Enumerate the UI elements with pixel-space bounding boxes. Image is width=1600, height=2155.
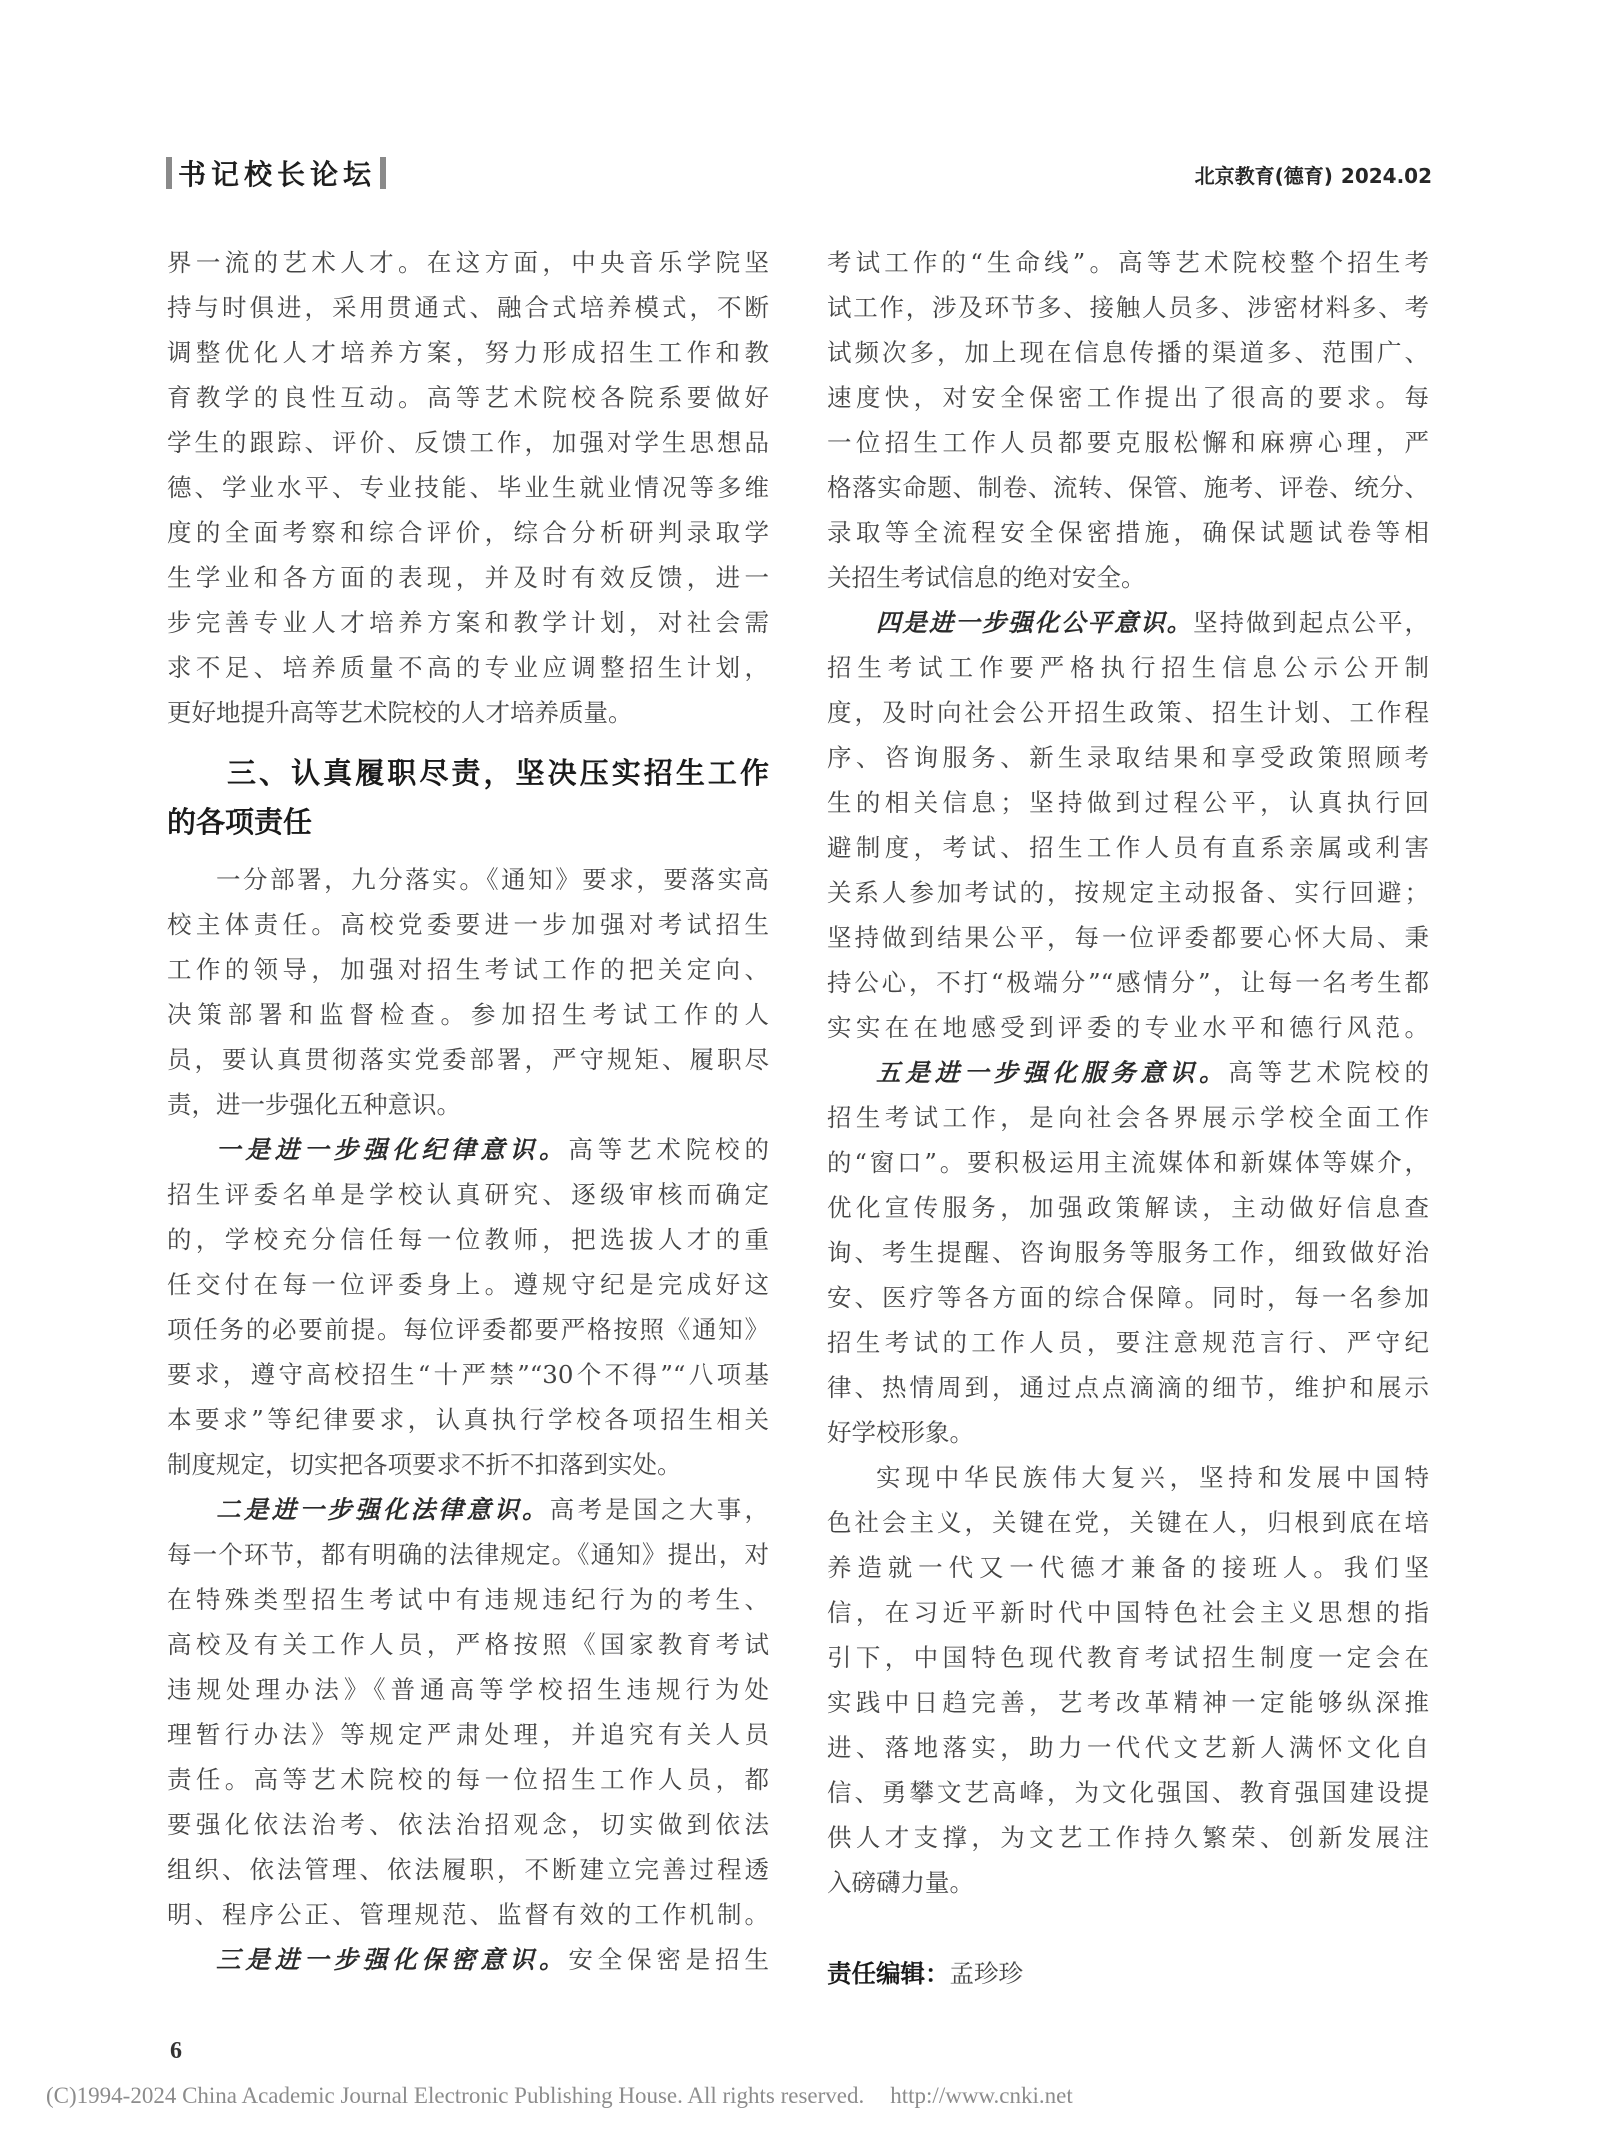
text-line: 责，进一步强化五种意识。: [167, 1082, 769, 1127]
text-line: 格落实命题、制卷、流转、保管、施考、评卷、统分、: [827, 465, 1429, 510]
text-line: 的，学校充分信任每一位教师，把选拔人才的重: [167, 1217, 769, 1262]
text-line: 校主体责任。高校党委要进一步加强对考试招生: [167, 902, 769, 947]
copyright-text: (C)1994-2024 China Academic Journal Elec…: [46, 2083, 864, 2108]
section-heading: 三、认真履职尽责，坚决压实招生工作 的各项责任: [167, 749, 769, 847]
text-line: 关系人参加考试的，按规定主动报备、实行回避；: [827, 870, 1429, 915]
text-line: 试频次多，加上现在信息传播的渠道多、范围广、: [827, 330, 1429, 375]
right-column: 考试工作的“生命线”。高等艺术院校整个招生考 试工作，涉及环节多、接触人员多、涉…: [827, 240, 1429, 1996]
lead-phrase: 三是进一步强化保密意识。: [216, 1945, 568, 1974]
paragraph-service: 五是进一步强化服务意识。高等艺术院校的 招生考试工作，是向社会各界展示学校全面工…: [827, 1050, 1429, 1455]
lead-phrase: 四是进一步强化公平意识。: [876, 608, 1193, 637]
lead-phrase: 一是进一步强化纪律意识。: [216, 1135, 568, 1164]
paragraph-law: 二是进一步强化法律意识。高考是国之大事， 每一个环节，都有明确的法律规定。《通知…: [167, 1487, 769, 1937]
text-line: 学生的跟踪、评价、反馈工作，加强对学生思想品: [167, 420, 769, 465]
text-line: 坚持做到结果公平，每一位评委都要心怀大局、秉: [827, 915, 1429, 960]
paragraph-confidentiality-cont: 考试工作的“生命线”。高等艺术院校整个招生考 试工作，涉及环节多、接触人员多、涉…: [827, 240, 1429, 600]
text-line: 育教学的良性互动。高等艺术院校各院系要做好: [167, 375, 769, 420]
text-line: 好学校形象。: [827, 1410, 1429, 1455]
text-line: 招生考试的工作人员，要注意规范言行、严守纪: [827, 1320, 1429, 1365]
text-span: 高等艺术院校的: [568, 1135, 769, 1164]
text-line: 每一个环节，都有明确的法律规定。《通知》提出，对: [167, 1532, 769, 1577]
text-line: 在特殊类型招生考试中有违规违纪行为的考生、: [167, 1577, 769, 1622]
page-number: 6: [170, 2038, 182, 2065]
text-line: 步完善专业人才培养方案和教学计划，对社会需: [167, 600, 769, 645]
text-line: 本要求”等纪律要求，认真执行学校各项招生相关: [167, 1397, 769, 1442]
paragraph-confidentiality-start: 三是进一步强化保密意识。安全保密是招生: [167, 1937, 769, 1982]
text-span: 安全保密是招生: [568, 1945, 769, 1974]
text-line: 的“窗口”。要积极运用主流媒体和新媒体等媒介，: [827, 1140, 1429, 1185]
text-line: 理暂行办法》等规定严肃处理，并追究有关人员: [167, 1712, 769, 1757]
text-line: 求不足、培养质量不高的专业应调整招生计划，: [167, 645, 769, 690]
text-line: 持与时俱进，采用贯通式、融合式培养模式，不断: [167, 285, 769, 330]
text-line: 四是进一步强化公平意识。坚持做到起点公平，: [827, 600, 1429, 645]
text-line: 关招生考试信息的绝对安全。: [827, 555, 1429, 600]
text-line: 生学业和各方面的表现，并及时有效反馈，进一: [167, 555, 769, 600]
text-line: 供人才支撑，为文艺工作持久繁荣、创新发展注: [827, 1815, 1429, 1860]
journal-name: 北京教育(德育): [1195, 164, 1333, 188]
text-line: 更好地提升高等艺术院校的人才培养质量。: [167, 690, 769, 735]
text-line: 度的全面考察和综合评价，综合分析研判录取学: [167, 510, 769, 555]
text-line: 色社会主义，关键在党，关键在人，归根到底在培: [827, 1500, 1429, 1545]
issue-date: 2024.02: [1341, 164, 1432, 188]
text-span: 坚持做到起点公平，: [1193, 608, 1429, 637]
text-line: 制度规定，切实把各项要求不折不扣落到实处。: [167, 1442, 769, 1487]
text-line: 考试工作的“生命线”。高等艺术院校整个招生考: [827, 240, 1429, 285]
text-line: 招生考试工作，是向社会各界展示学校全面工作: [827, 1095, 1429, 1140]
paragraph-talent-training: 界一流的艺术人才。在这方面，中央音乐学院坚 持与时俱进，采用贯通式、融合式培养模…: [167, 240, 769, 735]
text-line: 实实在在地感受到评委的专业水平和德行风范。: [827, 1005, 1429, 1050]
right-bar-decoration: [380, 157, 386, 189]
paragraph-fairness: 四是进一步强化公平意识。坚持做到起点公平， 招生考试工作要严格执行招生信息公示公…: [827, 600, 1429, 1050]
text-line: 一分部署，九分落实。《通知》要求，要落实高: [167, 857, 769, 902]
paragraph-conclusion: 实现中华民族伟大复兴，坚持和发展中国特 色社会主义，关键在党，关键在人，归根到底…: [827, 1455, 1429, 1905]
text-line: 招生考试工作要严格执行招生信息公示公开制: [827, 645, 1429, 690]
text-line: 进、落地落实，助力一代代文艺新人满怀文化自: [827, 1725, 1429, 1770]
text-line: 序、咨询服务、新生录取结果和享受政策照顾考: [827, 735, 1429, 780]
text-line: 工作的领导，加强对招生考试工作的把关定向、: [167, 947, 769, 992]
text-line: 员，要认真贯彻落实党委部署，严守规矩、履职尽: [167, 1037, 769, 1082]
text-line: 实践中日趋完善，艺考改革精神一定能够纵深推: [827, 1680, 1429, 1725]
text-line: 组织、依法管理、依法履职，不断建立完善过程透: [167, 1847, 769, 1892]
editor-name: 孟珍珍: [950, 1959, 1024, 1988]
text-line: 询、考生提醒、咨询服务等服务工作，细致做好治: [827, 1230, 1429, 1275]
text-line: 信、勇攀文艺高峰，为文化强国、教育强国建设提: [827, 1770, 1429, 1815]
text-line: 入磅礴力量。: [827, 1860, 1429, 1905]
text-line: 安、医疗等各方面的综合保障。同时，每一名参加: [827, 1275, 1429, 1320]
text-line: 生的相关信息；坚持做到过程公平，认真执行回: [827, 780, 1429, 825]
text-line: 要强化依法治考、依法治招观念，切实做到依法: [167, 1802, 769, 1847]
text-line: 度，及时向社会公开招生政策、招生计划、工作程: [827, 690, 1429, 735]
text-line: 三是进一步强化保密意识。安全保密是招生: [167, 1937, 769, 1982]
heading-line-1: 三、认真履职尽责，坚决压实招生工作: [167, 749, 769, 798]
text-line: 一是进一步强化纪律意识。高等艺术院校的: [167, 1127, 769, 1172]
text-line: 信，在习近平新时代中国特色社会主义思想的指: [827, 1590, 1429, 1635]
left-column: 界一流的艺术人才。在这方面，中央音乐学院坚 持与时俱进，采用贯通式、融合式培养模…: [167, 240, 769, 1982]
text-line: 避制度，考试、招生工作人员有直系亲属或利害: [827, 825, 1429, 870]
text-line: 二是进一步强化法律意识。高考是国之大事，: [167, 1487, 769, 1532]
text-line: 决策部署和监督检查。参加招生考试工作的人: [167, 992, 769, 1037]
text-line: 调整优化人才培养方案，努力形成招生工作和教: [167, 330, 769, 375]
heading-line-2: 的各项责任: [167, 798, 769, 847]
text-line: 招生评委名单是学校认真研究、逐级审核而确定: [167, 1172, 769, 1217]
text-line: 项任务的必要前提。每位评委都要严格按照《通知》: [167, 1307, 769, 1352]
text-line: 明、程序公正、管理规范、监督有效的工作机制。: [167, 1892, 769, 1937]
journal-header: 北京教育(德育)2024.02: [1195, 160, 1432, 189]
text-line: 录取等全流程安全保密措施，确保试题试卷等相: [827, 510, 1429, 555]
text-line: 养造就一代又一代德才兼备的接班人。我们坚: [827, 1545, 1429, 1590]
text-line: 任交付在每一位评委身上。遵规守纪是完成好这: [167, 1262, 769, 1307]
text-span: 高等艺术院校的: [1228, 1058, 1429, 1087]
responsible-editor: 责任编辑：孟珍珍: [827, 1951, 1429, 1996]
paragraph-discipline: 一是进一步强化纪律意识。高等艺术院校的 招生评委名单是学校认真研究、逐级审核而确…: [167, 1127, 769, 1487]
editor-label: 责任编辑：: [827, 1959, 950, 1988]
text-line: 高校及有关工作人员，严格按照《国家教育考试: [167, 1622, 769, 1667]
text-line: 一位招生工作人员都要克服松懈和麻痹心理，严: [827, 420, 1429, 465]
section-label: 书记校长论坛: [166, 155, 386, 191]
text-line: 引下，中国特色现代教育考试招生制度一定会在: [827, 1635, 1429, 1680]
copyright-notice: (C)1994-2024 China Academic Journal Elec…: [46, 2083, 1073, 2109]
text-line: 责任。高等艺术院校的每一位招生工作人员，都: [167, 1757, 769, 1802]
text-line: 持公心，不打“极端分”“感情分”，让每一名考生都: [827, 960, 1429, 1005]
paragraph-implementation: 一分部署，九分落实。《通知》要求，要落实高 校主体责任。高校党委要进一步加强对考…: [167, 857, 769, 1127]
text-line: 五是进一步强化服务意识。高等艺术院校的: [827, 1050, 1429, 1095]
text-line: 律、热情周到，通过点点滴滴的细节，维护和展示: [827, 1365, 1429, 1410]
text-line: 违规处理办法》《普通高等学校招生违规行为处: [167, 1667, 769, 1712]
section-title: 书记校长论坛: [172, 153, 380, 193]
text-line: 优化宣传服务，加强政策解读，主动做好信息查: [827, 1185, 1429, 1230]
text-line: 要求，遵守高校招生“十严禁”“30个不得”“八项基: [167, 1352, 769, 1397]
text-line: 速度快，对安全保密工作提出了很高的要求。每: [827, 375, 1429, 420]
lead-phrase: 二是进一步强化法律意识。: [216, 1495, 550, 1524]
text-line: 界一流的艺术人才。在这方面，中央音乐学院坚: [167, 240, 769, 285]
text-line: 德、学业水平、专业技能、毕业生就业情况等多维: [167, 465, 769, 510]
text-line: 试工作，涉及环节多、接触人员多、涉密材料多、考: [827, 285, 1429, 330]
cnki-link[interactable]: http://www.cnki.net: [890, 2083, 1072, 2108]
text-line: 实现中华民族伟大复兴，坚持和发展中国特: [827, 1455, 1429, 1500]
lead-phrase: 五是进一步强化服务意识。: [876, 1058, 1228, 1087]
text-span: 高考是国之大事，: [550, 1495, 769, 1524]
